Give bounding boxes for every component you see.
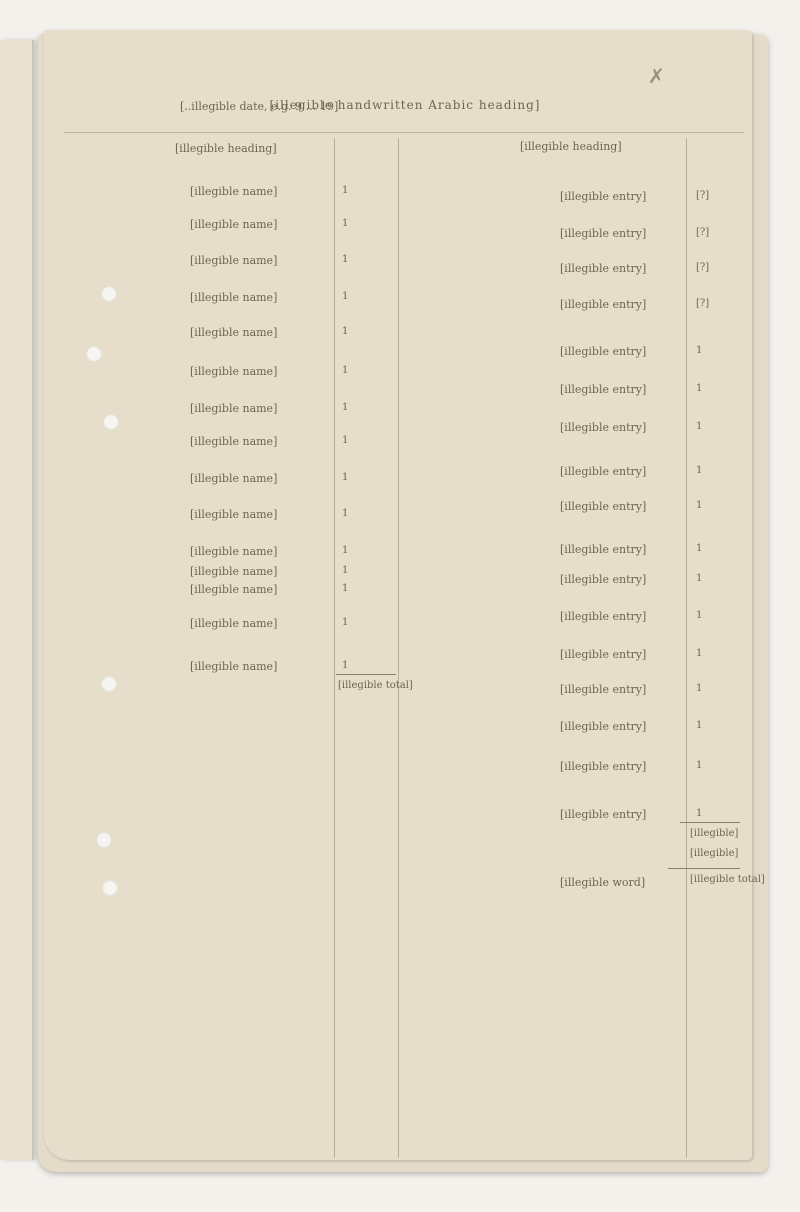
row-name: [illegible name] — [190, 583, 277, 596]
header-rule — [64, 132, 744, 133]
right-total-rule — [668, 868, 740, 869]
row-name: [illegible name] — [190, 254, 277, 267]
ledger-date: [illegible date, e.g. 9 … 19..] — [180, 100, 338, 113]
row-count: 1 — [696, 683, 702, 694]
row-count: 1 — [342, 326, 348, 337]
row-count: 1 — [342, 291, 348, 302]
row-name: [illegible name] — [190, 545, 277, 558]
row-count: [?] — [696, 227, 709, 238]
right-subtotal-2: [illegible] — [690, 848, 738, 859]
row-count: 1 — [342, 565, 348, 576]
row-count: 1 — [696, 808, 702, 819]
right-subtotal-rule — [680, 822, 740, 823]
row-count: 1 — [696, 345, 702, 356]
row-count: 1 — [696, 543, 702, 554]
column-rule-right — [686, 138, 687, 1158]
row-name: [illegible name] — [190, 435, 277, 448]
row-count: 1 — [696, 500, 702, 511]
row-name: [illegible entry] — [560, 648, 646, 661]
row-name: [illegible entry] — [560, 383, 646, 396]
row-name: [illegible name] — [190, 617, 277, 630]
row-count: 1 — [342, 472, 348, 483]
row-name: [illegible name] — [190, 291, 277, 304]
row-name: [illegible name] — [190, 218, 277, 231]
row-count: 1 — [696, 610, 702, 621]
row-count: 1 — [342, 435, 348, 446]
row-name: [illegible entry] — [560, 720, 646, 733]
row-count: 1 — [342, 660, 348, 671]
left-total-rule — [336, 674, 396, 675]
punch-hole — [101, 676, 117, 692]
row-name: [illegible name] — [190, 508, 277, 521]
row-count: 1 — [696, 648, 702, 659]
right-column-heading: [illegible heading] — [520, 140, 622, 153]
right-grand-total: [illegible total] — [690, 874, 765, 885]
row-name: [illegible entry] — [560, 683, 646, 696]
row-name: [illegible name] — [190, 660, 277, 673]
row-name: [illegible entry] — [560, 808, 646, 821]
row-count: 1 — [342, 508, 348, 519]
row-name: [illegible entry] — [560, 421, 646, 434]
row-count: 1 — [342, 545, 348, 556]
row-name: [illegible entry] — [560, 262, 646, 275]
row-count: 1 — [696, 720, 702, 731]
row-count: 1 — [696, 383, 702, 394]
row-name: [illegible name] — [190, 472, 277, 485]
grand-total-label: [illegible word] — [560, 876, 645, 889]
row-count: 1 — [696, 760, 702, 771]
row-name: [illegible entry] — [560, 760, 646, 773]
row-name: [illegible name] — [190, 326, 277, 339]
row-name: [illegible name] — [190, 365, 277, 378]
right-subtotal-1: [illegible] — [690, 828, 738, 839]
punch-hole — [102, 880, 118, 896]
corner-cross-mark: ✗ — [648, 64, 665, 88]
row-name: [illegible name] — [190, 402, 277, 415]
row-count: 1 — [342, 402, 348, 413]
left-column-total: [illegible total] — [338, 680, 413, 691]
column-rule-middle — [398, 138, 399, 1158]
row-name: [illegible name] — [190, 565, 277, 578]
row-name: [illegible name] — [190, 185, 277, 198]
row-count: [?] — [696, 190, 709, 201]
row-name: [illegible entry] — [560, 227, 646, 240]
row-name: [illegible entry] — [560, 345, 646, 358]
row-count: 1 — [342, 583, 348, 594]
row-count: 1 — [696, 573, 702, 584]
row-count: 1 — [342, 218, 348, 229]
row-name: [illegible entry] — [560, 298, 646, 311]
row-count: [?] — [696, 262, 709, 273]
row-name: [illegible entry] — [560, 610, 646, 623]
row-name: [illegible entry] — [560, 573, 646, 586]
row-name: [illegible entry] — [560, 543, 646, 556]
punch-hole — [101, 286, 117, 302]
row-count: 1 — [342, 617, 348, 628]
row-count: [?] — [696, 298, 709, 309]
left-column-heading: [illegible heading] — [175, 142, 277, 155]
row-count: 1 — [342, 365, 348, 376]
row-count: 1 — [342, 185, 348, 196]
punch-hole — [103, 414, 119, 430]
row-name: [illegible entry] — [560, 500, 646, 513]
row-count: 1 — [696, 465, 702, 476]
punch-hole — [96, 832, 112, 848]
column-rule-left — [334, 138, 335, 1158]
punch-hole — [86, 346, 102, 362]
row-count: 1 — [342, 254, 348, 265]
row-count: 1 — [696, 421, 702, 432]
row-name: [illegible entry] — [560, 465, 646, 478]
adjacent-page-edge — [0, 40, 34, 1160]
row-name: [illegible entry] — [560, 190, 646, 203]
